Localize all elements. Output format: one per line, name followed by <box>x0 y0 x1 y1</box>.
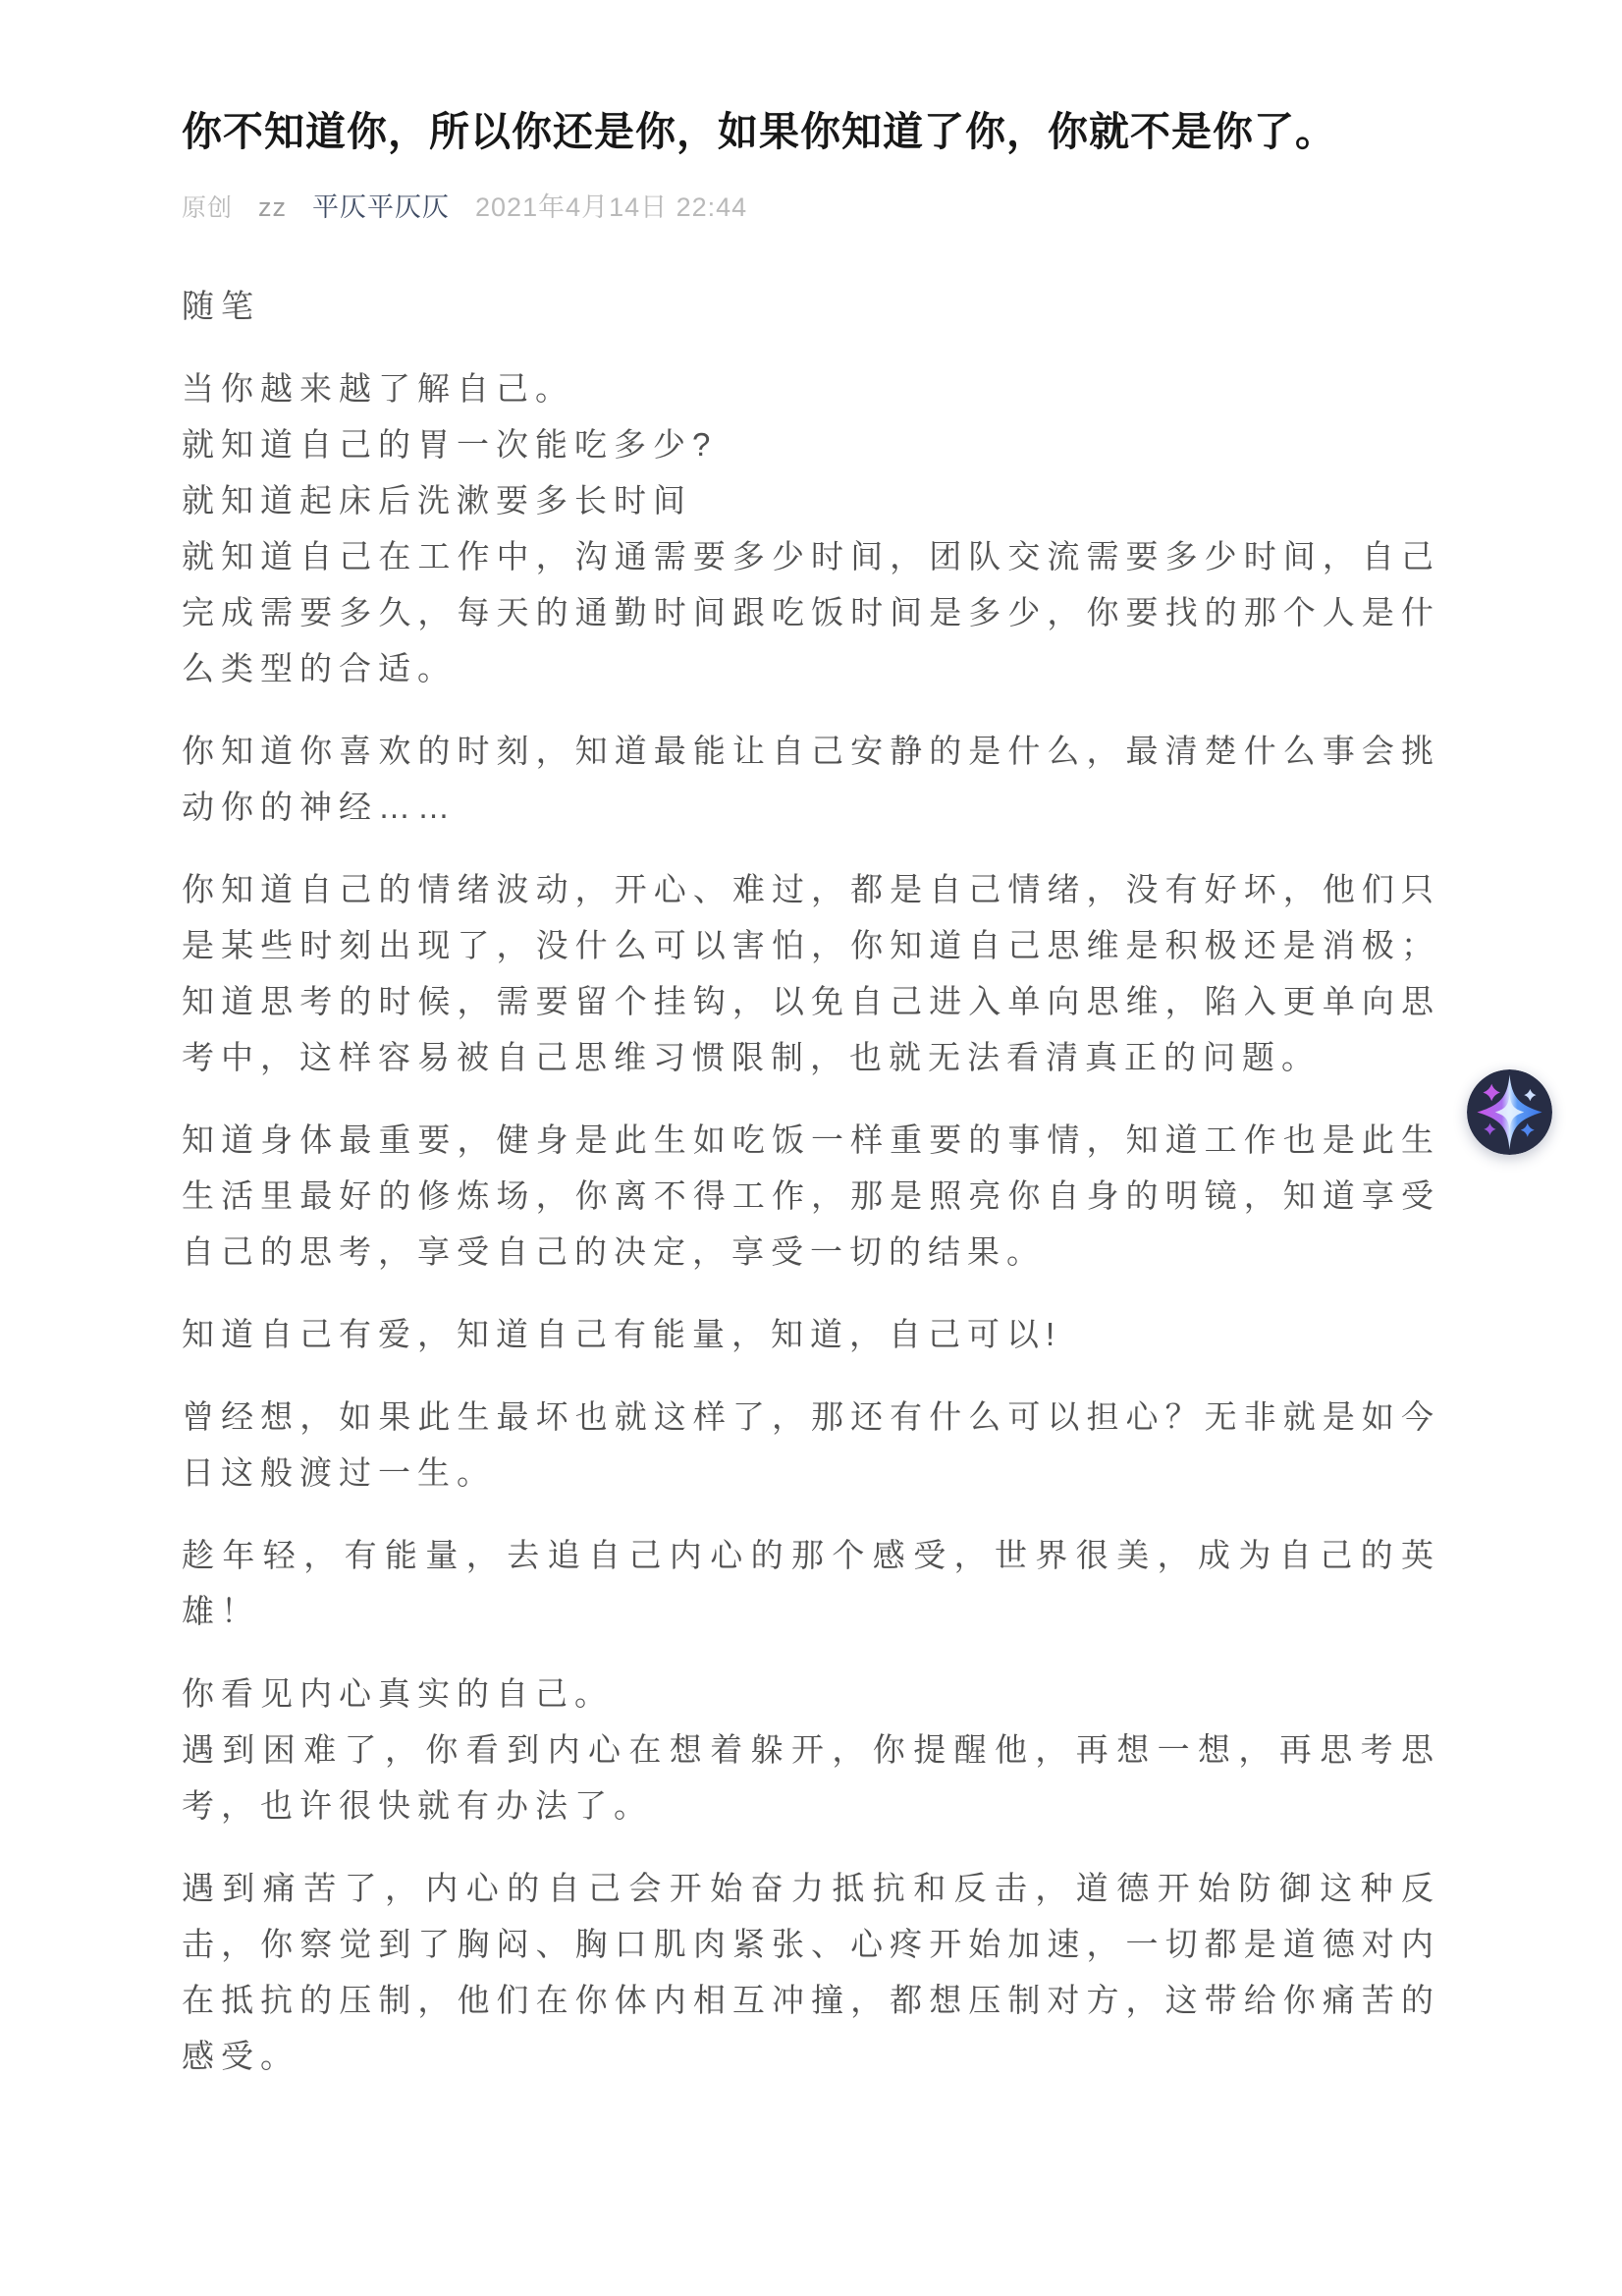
article-paragraph: 趁年轻，有能量，去追自己内心的那个感受，世界很美，成为自己的英雄！ <box>182 1527 1440 1639</box>
original-badge: 原创 <box>182 191 233 225</box>
article-paragraph: 随笔 <box>182 278 1440 334</box>
article-content: 你不知道你，所以你还是你，如果你知道了你，你就不是你了。 原创 zz 平仄平仄仄… <box>182 0 1440 2084</box>
article-meta: 原创 zz 平仄平仄仄 2021年4月14日 22:44 <box>182 191 1440 225</box>
article-paragraph: 知道自己有爱，知道自己有能量，知道，自己可以! <box>182 1306 1440 1362</box>
article-page: 你不知道你，所以你还是你，如果你知道了你，你就不是你了。 原创 zz 平仄平仄仄… <box>0 0 1622 2084</box>
article-title: 你不知道你，所以你还是你，如果你知道了你，你就不是你了。 <box>182 106 1440 157</box>
article-paragraph: 当你越来越了解自己。 就知道自己的胃一次能吃多少? 就知道起床后洗漱要多长时间 … <box>182 360 1440 696</box>
article-body: 随笔 当你越来越了解自己。 就知道自己的胃一次能吃多少? 就知道起床后洗漱要多长… <box>182 278 1440 2084</box>
article-paragraph: 知道身体最重要，健身是此生如吃饭一样重要的事情，知道工作也是此生生活里最好的修炼… <box>182 1112 1440 1280</box>
article-paragraph: 曾经想，如果此生最坏也就这样了，那还有什么可以担心？无非就是如今日这般渡过一生。 <box>182 1389 1440 1501</box>
article-paragraph: 你知道自己的情绪波动，开心、难过，都是自己情绪，没有好坏，他们只是某些时刻出现了… <box>182 861 1440 1085</box>
account-name-link[interactable]: 平仄平仄仄 <box>312 191 450 224</box>
ai-sparkle-icon <box>1467 1069 1552 1155</box>
ai-assistant-button[interactable] <box>1467 1069 1552 1155</box>
author-name: zz <box>258 191 287 224</box>
publish-time: 2021年4月14日 22:44 <box>475 191 747 224</box>
article-paragraph: 你知道你喜欢的时刻，知道最能让自己安静的是什么，最清楚什么事会挑动你的神经…… <box>182 723 1440 835</box>
article-paragraph: 你看见内心真实的自己。 遇到困难了，你看到内心在想着躲开，你提醒他，再想一想，再… <box>182 1666 1440 1833</box>
article-paragraph: 遇到痛苦了，内心的自己会开始奋力抵抗和反击，道德开始防御这种反击，你察觉到了胸闷… <box>182 1860 1440 2084</box>
